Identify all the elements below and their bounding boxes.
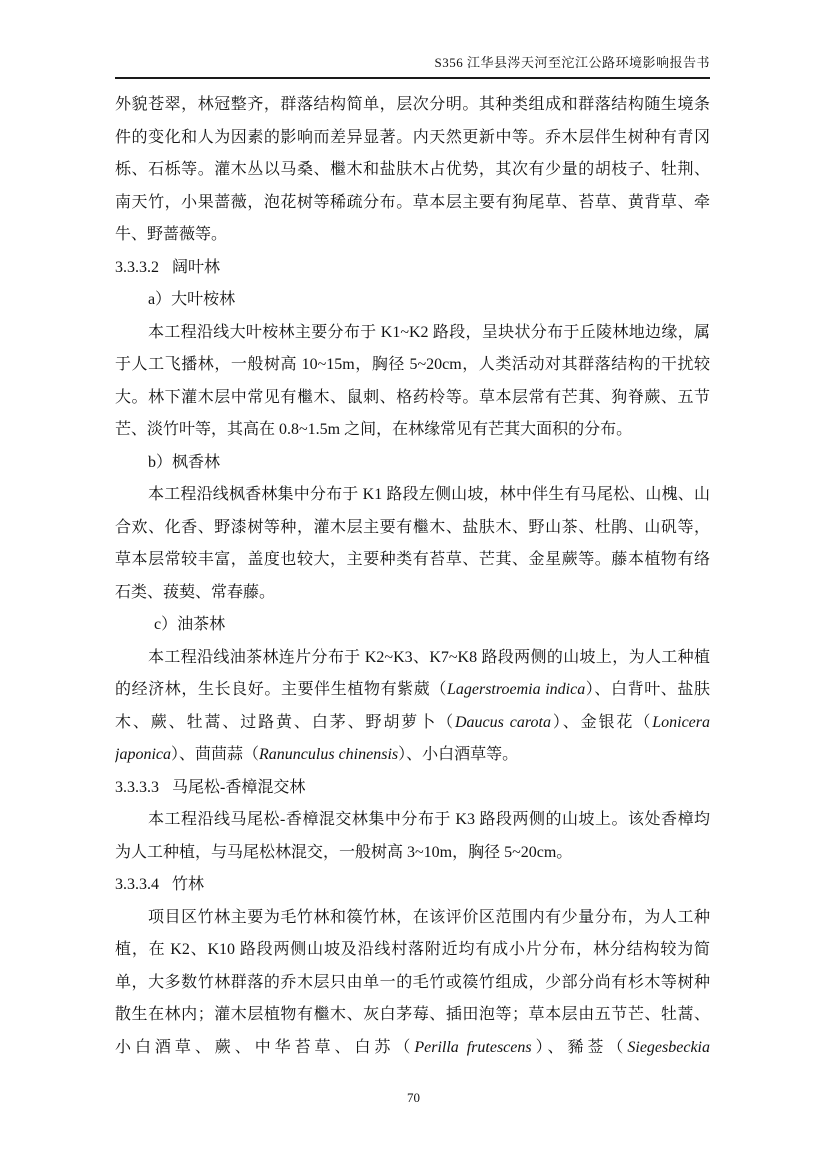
text-line: 本工程沿线马尾松-香樟混交林集中分布于 K3 路段两侧的山坡上。该处香樟均 xyxy=(115,804,710,837)
line-text: 木、蕨、牡蒿、过路黄、白茅、野胡萝卜（ xyxy=(115,714,455,731)
line-text: ）、豨莶（ xyxy=(532,1039,628,1056)
species-name: Ranunculus chinensis xyxy=(259,746,398,763)
text-line: 栎、石栎等。灌木丛以马桑、檵木和盐肤木占优势，其次有少量的胡枝子、牡荆、 xyxy=(115,154,710,187)
text-line: 单，大多数竹林群落的乔木层只由单一的毛竹或篌竹组成，少部分尚有杉木等树种 xyxy=(115,967,710,1000)
text-line: 大。林下灌木层中常见有檵木、鼠刺、格药柃等。草本层常有芒萁、狗脊蕨、五节 xyxy=(115,382,710,415)
section-number: 3.3.3.4 xyxy=(115,876,159,893)
text-line: 合欢、化香、野漆树等种，灌木层主要有檵木、盐肤木、野山茶、杜鹃、山矾等， xyxy=(115,512,710,545)
species-name: Lonicera xyxy=(652,714,710,731)
header-title: S356 江华县涔天河至沱江公路环境影响报告书 xyxy=(435,52,710,71)
species-name: Daucus carota xyxy=(455,714,551,731)
line-text: ）、小白酒草等。 xyxy=(398,746,518,763)
species-name: japonica xyxy=(115,746,171,763)
text-line: 木、蕨、牡蒿、过路黄、白茅、野胡萝卜（Daucus carota）、金银花（Lo… xyxy=(115,707,710,740)
text-line: 项目区竹林主要为毛竹林和篌竹林，在该评价区范围内有少量分布，为人工种 xyxy=(115,902,710,935)
section-title: 竹林 xyxy=(172,876,204,893)
line-text: ）、金银花（ xyxy=(551,714,652,731)
line-text: 小白酒草、蕨、中华苔草、白苏（ xyxy=(115,1039,414,1056)
text-line: 外貌苍翠，林冠整齐，群落结构简单，层次分明。其种类组成和群落结构随生境条 xyxy=(115,89,710,122)
section-heading-3-3-3-3: 3.3.3.3马尾松-香樟混交林 xyxy=(115,772,710,805)
section-title: 阔叶林 xyxy=(172,259,220,276)
text-line: 本工程沿线大叶桉林主要分布于 K1~K2 路段，呈块状分布于丘陵林地边缘，属 xyxy=(115,317,710,350)
text-line: 牛、野蔷薇等。 xyxy=(115,219,710,252)
text-line: 于人工飞播林，一般树高 10~15m，胸径 5~20cm，人类活动对其群落结构的… xyxy=(115,349,710,382)
species-name: Perilla frutescens xyxy=(414,1039,531,1056)
section-heading-3-3-3-4: 3.3.3.4竹林 xyxy=(115,869,710,902)
text-line: japonica）、茴茴蒜（Ranunculus chinensis）、小白酒草… xyxy=(115,739,710,772)
line-text: ）、白背叶、盐肤 xyxy=(585,681,710,698)
subsection-heading-c: c）油茶林 xyxy=(115,609,710,642)
document-page: S356 江华县涔天河至沱江公路环境影响报告书 外貌苍翠，林冠整齐，群落结构简单… xyxy=(0,0,827,1169)
text-line: 南天竹，小果蔷薇，泡花树等稀疏分布。草本层主要有狗尾草、苔草、黄背草、牵 xyxy=(115,187,710,220)
page-number: 70 xyxy=(407,1090,420,1105)
text-line: 石类、菝葜、常春藤。 xyxy=(115,577,710,610)
text-line: 散生在林内；灌木层植物有檵木、灰白茅莓、插田泡等；草本层由五节芒、牡蒿、 xyxy=(115,999,710,1032)
page-header: S356 江华县涔天河至沱江公路环境影响报告书 xyxy=(115,0,710,76)
section-number: 3.3.3.2 xyxy=(115,259,159,276)
text-line: 的经济林，生长良好。主要伴生植物有紫葳（Lagerstroemia indica… xyxy=(115,674,710,707)
section-heading-3-3-3-2: 3.3.3.2阔叶林 xyxy=(115,252,710,285)
document-body: 外貌苍翠，林冠整齐，群落结构简单，层次分明。其种类组成和群落结构随生境条 件的变… xyxy=(115,89,710,1064)
section-number: 3.3.3.3 xyxy=(115,779,159,796)
text-line: 本工程沿线油茶林连片分布于 K2~K3、K7~K8 路段两侧的山坡上，为人工种植 xyxy=(115,642,710,675)
text-line: 为人工种植，与马尾松林混交，一般树高 3~10m，胸径 5~20cm。 xyxy=(115,837,710,870)
species-name: Lagerstroemia indica xyxy=(447,681,585,698)
text-line: 植，在 K2、K10 路段两侧山坡及沿线村落附近均有成小片分布，林分结构较为简 xyxy=(115,934,710,967)
text-line: 草本层常较丰富，盖度也较大，主要种类有苔草、芒萁、金星蕨等。藤本植物有络 xyxy=(115,544,710,577)
text-line: 件的变化和人为因素的影响而差异显著。内天然更新中等。乔木层伴生树种有青冈 xyxy=(115,122,710,155)
section-title: 马尾松-香樟混交林 xyxy=(172,779,305,796)
header-rule xyxy=(115,77,710,79)
line-text: 的经济林，生长良好。主要伴生植物有紫葳（ xyxy=(115,681,447,698)
text-line: 小白酒草、蕨、中华苔草、白苏（Perilla frutescens）、豨莶（Si… xyxy=(115,1032,710,1065)
text-line: 芒、淡竹叶等，其高在 0.8~1.5m 之间，在林缘常见有芒萁大面积的分布。 xyxy=(115,414,710,447)
subsection-heading-b: b）枫香林 xyxy=(115,447,710,480)
page-footer: 70 xyxy=(0,1090,827,1106)
line-text: ）、茴茴蒜（ xyxy=(171,746,259,763)
subsection-heading-a: a）大叶桉林 xyxy=(115,284,710,317)
text-line: 本工程沿线枫香林集中分布于 K1 路段左侧山坡，林中伴生有马尾松、山槐、山 xyxy=(115,479,710,512)
